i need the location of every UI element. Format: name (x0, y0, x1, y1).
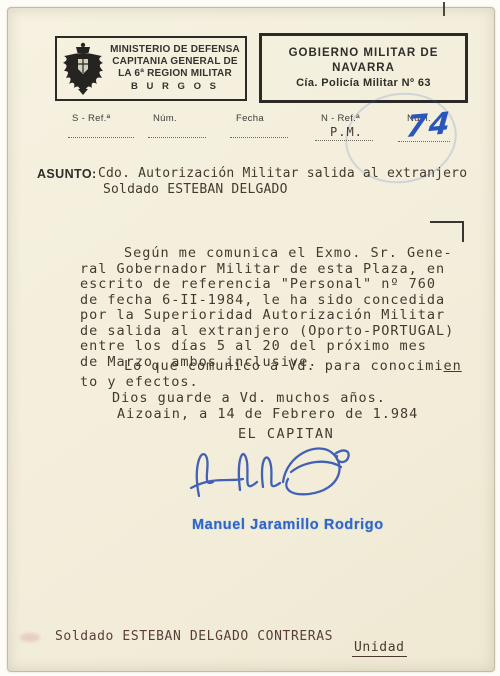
n-ref-value: P.M. (330, 125, 363, 139)
body-line: escrito de referencia "Personal" nº 760 (80, 277, 454, 293)
body-paragraph-1: Según me comunica el Exmo. Sr. Gene- ral… (80, 246, 454, 370)
letterhead-right-box: GOBIERNO MILITAR DE NAVARRA Cía. Policía… (259, 33, 468, 103)
s-ref-label: S - Ref.ª (72, 113, 110, 124)
closing-block: Dios guarde a Vd. muchos años. Aizoain, … (112, 391, 418, 422)
body-line: Según me comunica el Exmo. Sr. Gene- (80, 246, 454, 262)
body-line: de salida al extranjero (Oporto-PORTUGAL… (80, 324, 454, 340)
handwritten-signature (185, 432, 370, 520)
gobierno-line: GOBIERNO MILITAR DE (262, 46, 465, 61)
left-box-text: MINISTERIO DE DEFENSA CAPITANIA GENERAL … (105, 44, 245, 93)
navarra-line: NAVARRA (262, 61, 465, 76)
asunto-line2: Soldado ESTEBAN DELGADO (103, 182, 288, 198)
body-line: por la Superioridad Autorización Militar (80, 308, 454, 324)
address-corner-bracket (430, 221, 464, 242)
scan-edge-mark (443, 2, 445, 16)
handwritten-number: 74 (405, 106, 454, 145)
s-ref-dotted-line (68, 136, 134, 138)
closing-line1: Dios guarde a Vd. muchos años. (112, 391, 418, 407)
body-line: de fecha 6-II-1984, le ha sido concedida (80, 293, 454, 309)
body-paragraph-2: Lo que comunico a Vd. para conocimien to… (80, 359, 462, 390)
footer-recipient: Soldado ESTEBAN DELGADO CONTRERAS (55, 629, 333, 644)
p2-text: Lo que comunico a Vd. para conocimi (124, 358, 443, 374)
closing-line2: Aizoain, a 14 de Febrero de 1.984 (112, 407, 418, 423)
name-stamp: Manuel Jaramillo Rodrigo (192, 517, 384, 533)
fecha-dotted-line (230, 136, 288, 138)
asunto-line1: Cdo. Autorización Militar salida al extr… (98, 166, 467, 182)
ministry-line: MINISTERIO DE DEFENSA (105, 44, 245, 56)
body-line: Lo que comunico a Vd. para conocimien (80, 359, 462, 375)
region-line: LA 6ª REGION MILITAR (105, 68, 245, 80)
n-ref-dotted-line (315, 139, 373, 141)
eagle-coat-of-arms-icon (61, 42, 105, 96)
num1-dotted-line (148, 136, 206, 138)
scanned-letter-page: MINISTERIO DE DEFENSA CAPITANIA GENERAL … (0, 0, 500, 676)
compania-line: Cía. Policía Militar Nº 63 (262, 76, 465, 91)
body-line: ral Gobernador Militar de esta Plaza, en (80, 262, 454, 278)
asunto-label: ASUNTO: (37, 167, 97, 181)
city-line: B U R G O S (105, 81, 245, 93)
unit-label-text: Unidad (352, 640, 407, 657)
n-ref-label: N - Ref.ª (321, 113, 360, 124)
ink-smudge (20, 633, 40, 642)
p2-underlined-syllable: en (443, 358, 461, 374)
footer-unit-label: Unidad (352, 640, 407, 655)
fecha-label: Fecha (236, 113, 264, 124)
num1-label: Núm. (153, 113, 177, 124)
body-line: to y efectos. (80, 375, 462, 391)
capitania-line: CAPITANIA GENERAL DE (105, 56, 245, 68)
body-line: entre los días 5 al 20 del próximo mes (80, 339, 454, 355)
letterhead-left-box: MINISTERIO DE DEFENSA CAPITANIA GENERAL … (55, 36, 247, 101)
